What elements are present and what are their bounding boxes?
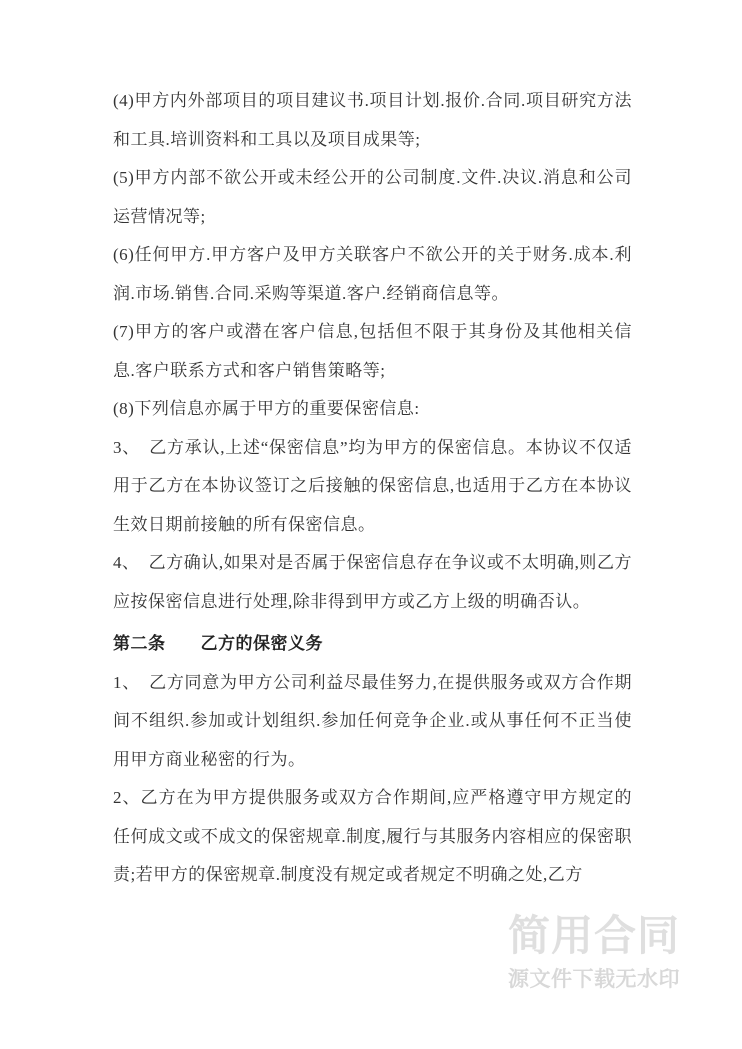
watermark: 简用合同 源文件下载无水印 bbox=[508, 912, 680, 992]
section-heading-article-2: 第二条 乙方的保密义务 bbox=[113, 625, 632, 664]
contract-page: (4)甲方内外部项目的项目建议书.项目计划.报价.合同.项目研究方法和工具.培训… bbox=[0, 0, 742, 1049]
watermark-subtitle: 源文件下载无水印 bbox=[508, 968, 680, 992]
paragraph-obligation-1: 1、 乙方同意为甲方公司利益尽最佳努力,在提供服务或双方合作期间不组织.参加或计… bbox=[113, 664, 632, 780]
paragraph-item-6: (6)任何甲方.甲方客户及甲方关联客户不欲公开的关于财务.成本.利润.市场.销售… bbox=[113, 236, 632, 313]
paragraph-clause-4: 4、 乙方确认,如果对是否属于保密信息存在争议或不太明确,则乙方应按保密信息进行… bbox=[113, 544, 632, 621]
paragraph-clause-3: 3、 乙方承认,上述“保密信息”均为甲方的保密信息。本协议不仅适用于乙方在本协议… bbox=[113, 429, 632, 545]
paragraph-obligation-2: 2、乙方在为甲方提供服务或双方合作期间,应严格遵守甲方规定的任何成文或不成文的保… bbox=[113, 779, 632, 895]
paragraph-item-5: (5)甲方内部不欲公开或未经公开的公司制度.文件.决议.消息和公司运营情况等; bbox=[113, 159, 632, 236]
paragraph-item-8: (8)下列信息亦属于甲方的重要保密信息: bbox=[113, 390, 632, 429]
document-body: (4)甲方内外部项目的项目建议书.项目计划.报价.合同.项目研究方法和工具.培训… bbox=[113, 82, 632, 895]
paragraph-item-4: (4)甲方内外部项目的项目建议书.项目计划.报价.合同.项目研究方法和工具.培训… bbox=[113, 82, 632, 159]
paragraph-item-7: (7)甲方的客户或潜在客户信息,包括但不限于其身份及其他相关信息.客户联系方式和… bbox=[113, 313, 632, 390]
watermark-title: 简用合同 bbox=[508, 912, 680, 960]
